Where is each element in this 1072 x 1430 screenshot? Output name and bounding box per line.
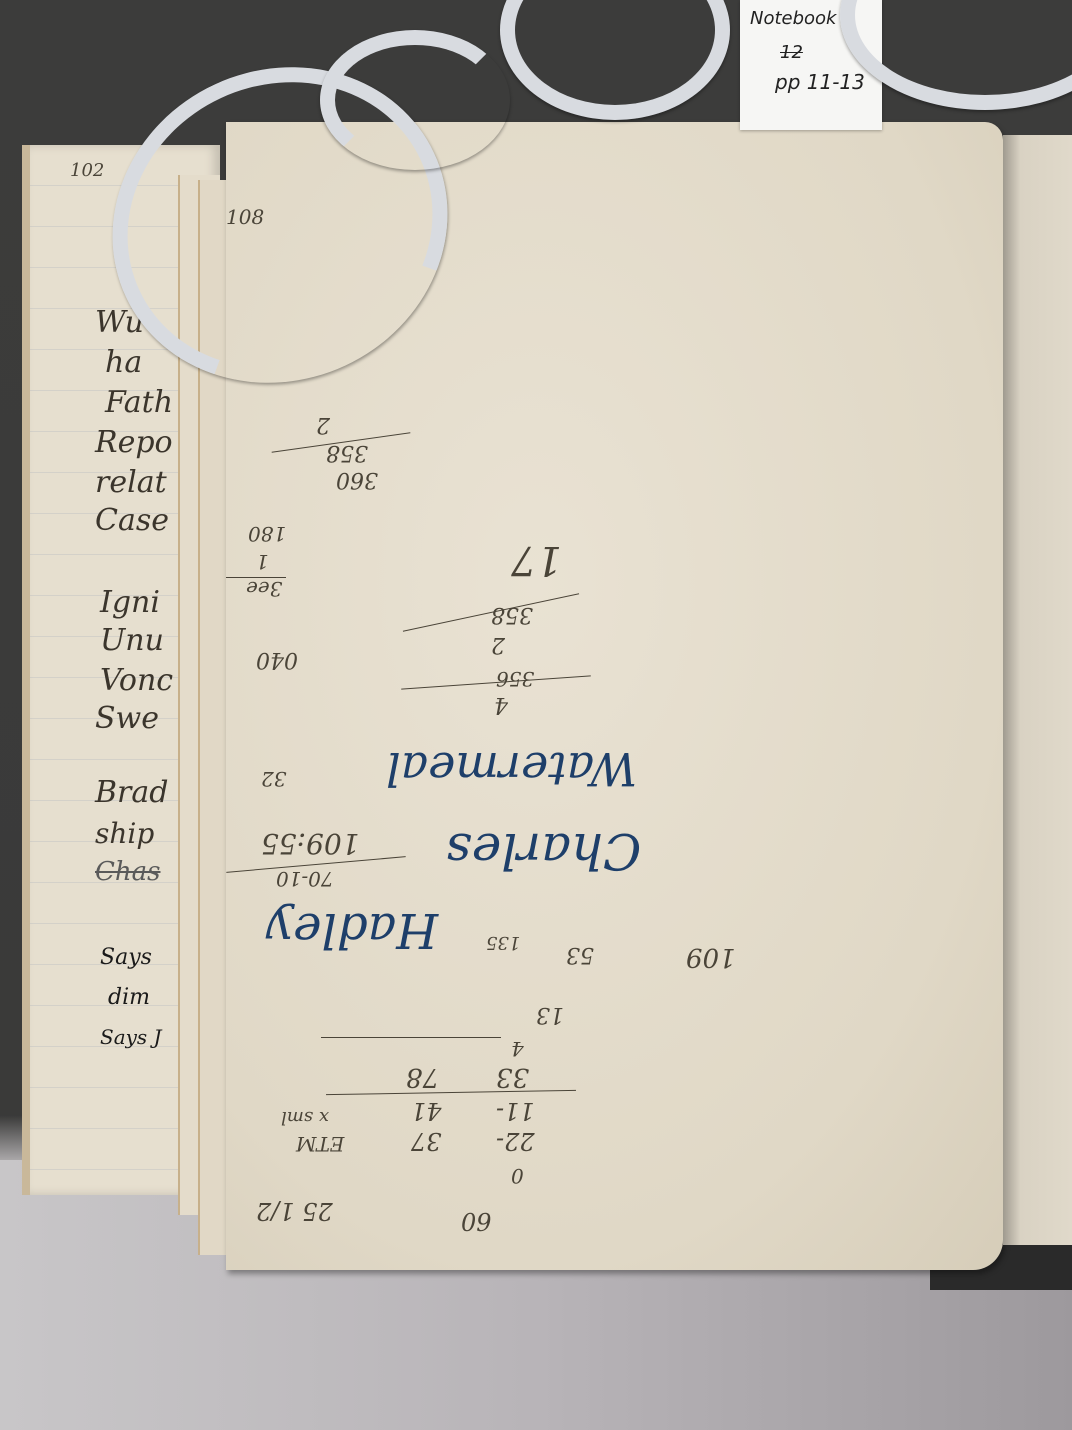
text-fragment: Fath [105, 385, 173, 420]
text-fragment: Brad [95, 775, 168, 810]
text-fragment: dim [108, 985, 150, 1010]
upside-note: 37 [411, 1127, 442, 1155]
upside-note: 0 [511, 1164, 524, 1188]
text-fragment: Says J [100, 1025, 162, 1049]
text-fragment: Says [100, 945, 152, 970]
upside-note: 135 [486, 932, 520, 953]
upside-note: 32 [261, 767, 286, 791]
blue-ink-signature: Hadley [266, 902, 438, 958]
upside-note: 109 [686, 942, 736, 972]
upside-note: 358 [491, 602, 533, 627]
upside-note: 356 [496, 667, 534, 691]
upside-note: 4 [494, 692, 508, 717]
struck-text-fragment: Chas [95, 857, 160, 887]
upside-note: 53 [566, 942, 594, 967]
upside-note: 13 [536, 1002, 564, 1027]
upside-note: 25 1/2 [256, 1197, 333, 1225]
upside-note: 2 [316, 412, 330, 437]
upside-note: 78 [406, 1062, 439, 1092]
upside-note: 60 [461, 1207, 492, 1235]
cord-loop [320, 30, 510, 170]
blue-ink-signature: Watermeal [386, 742, 637, 796]
upside-note: 358 [326, 440, 368, 465]
upside-note: 040 [256, 647, 298, 672]
upside-note: 1 [256, 550, 269, 574]
upside-note: 70-10 [276, 867, 334, 891]
upside-note: 109:55 [261, 827, 360, 860]
tag-line-3: pp 11-13 [775, 70, 865, 94]
upside-note: ETM [296, 1132, 344, 1156]
left-page-number: 102 [70, 160, 104, 181]
upside-note: 2 [491, 632, 505, 657]
text-fragment: Igni [100, 585, 160, 620]
text-fragment: Case [95, 503, 169, 538]
text-fragment: ha [105, 345, 142, 380]
text-fragment: ship [95, 817, 154, 850]
upside-note: x sml [281, 1107, 329, 1128]
tag-line-1: Notebook [750, 8, 836, 29]
upside-note: 4 [511, 1037, 524, 1061]
text-fragment: relat [95, 465, 167, 500]
blue-ink-signature: Charles [446, 822, 641, 880]
text-fragment: Swe [95, 701, 159, 736]
text-fragment: Vonc [100, 663, 173, 698]
upside-note: 17 [511, 537, 562, 583]
tag-line-2: 12 [780, 42, 803, 63]
calc-rule [321, 1037, 501, 1038]
upside-note: 33 [496, 1062, 529, 1092]
upside-note: 3ee [246, 577, 282, 601]
text-fragment: Repo [95, 425, 173, 460]
upside-note: 41 [411, 1097, 442, 1125]
cord-loop [500, 0, 730, 120]
upside-note: 360 [336, 467, 378, 492]
upside-note: 180 [248, 522, 286, 546]
upside-note: 11- [496, 1097, 535, 1125]
text-fragment: Unu [100, 623, 164, 658]
calc-rule [326, 1090, 576, 1095]
upside-note: 22- [496, 1127, 535, 1155]
next-page-edge [1003, 135, 1072, 1245]
